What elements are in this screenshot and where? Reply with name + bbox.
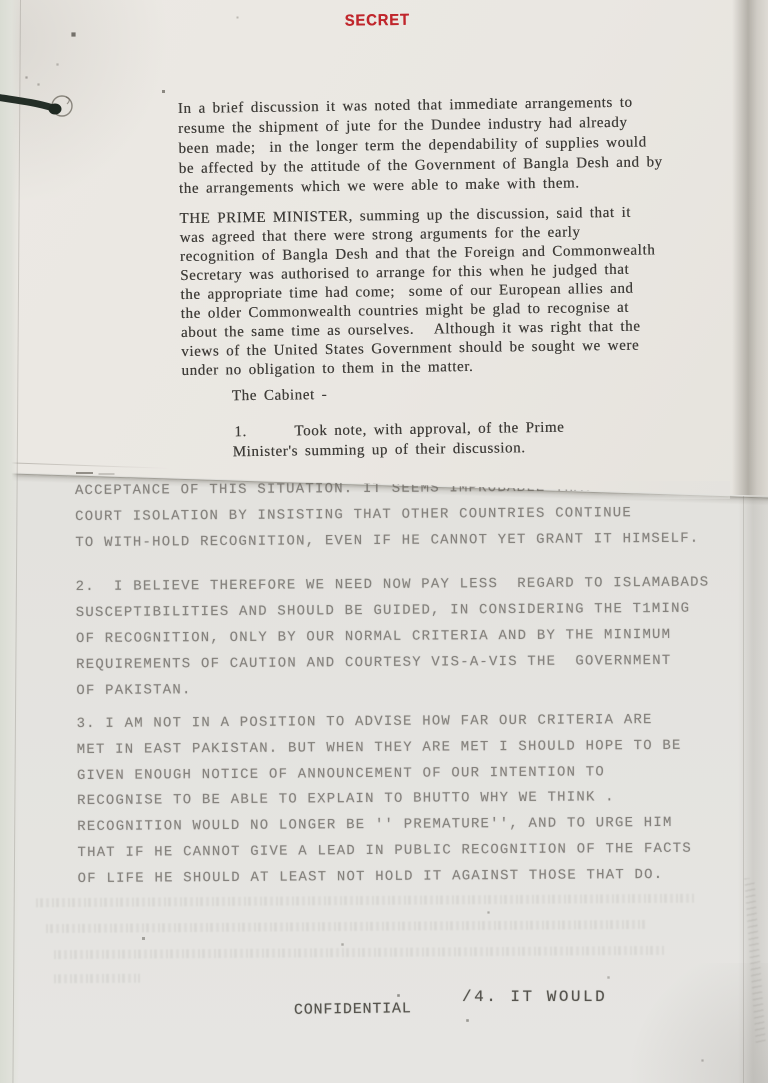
typeset-line: views of the United States Government sh… [181,338,639,361]
typewriter-line: GIVEN ENOUGH NOTICE OF ANNOUNCEMENT OF O… [77,764,605,784]
string [0,97,53,108]
continuation-note: /4. IT WOULD [462,988,607,1006]
document-scan: ACCEPTANCE OF THIS SITUATION. IT SEEMS I… [0,0,768,1083]
typewriter-line: OF PAKISTAN. [76,682,191,699]
typewriter-line: 3. I AM NOT IN A POSITION TO ADVISE HOW … [77,712,653,732]
page-top: SECRET In a brief discussion it was note… [0,0,768,505]
typewriter-line: RECOGNITION WOULD NO LONGER BE '' PREMAT… [77,815,672,835]
punch-hole-scribble [66,97,69,104]
treasury-tag-string [0,80,110,150]
minute-item-line: Minister's summing up of their discussio… [233,440,526,461]
typeset-line: In a brief discussion it was noted that … [178,95,633,118]
cabinet-heading: The Cabinet - [232,387,328,405]
typeset-line: under no obligation to them in the matte… [181,359,473,380]
typewriter-line: COURT ISOLATION BY INSISTING THAT OTHER … [75,505,632,525]
typewriter-line: OF LIFE HE SHOULD AT LEAST NOT HOLD IT A… [78,867,664,887]
minute-item-number: 1. [234,424,247,441]
typeset-line: the arrangements which we were able to m… [179,175,580,198]
typewriter-line: THAT IF HE CANNOT GIVE A LEAD IN PUBLIC … [77,841,692,861]
typewriter-line: SUSCEPTIBILITIES AND SHOULD BE GUIDED, I… [76,601,691,621]
ghost-text-line [54,974,140,984]
classification-stamp: SECRET [345,12,410,31]
paper-specks [0,0,1,1]
corner-shadow [608,963,768,1083]
typewriter-line: 2. I BELIEVE THEREFORE WE NEED NOW PAY L… [76,575,710,595]
footer-classification: CONFIDENTIAL [294,1000,412,1019]
typewriter-line: REQUIREMENTS OF CAUTION AND COURTESY VIS… [76,653,671,673]
typewriter-line: OF RECOGNITION, ONLY BY OUR NORMAL CRITE… [76,627,671,647]
page-top-text: SECRET In a brief discussion it was note… [0,0,768,507]
typewriter-line: TO WITH-HOLD RECOGNITION, EVEN IF HE CAN… [75,531,699,551]
typeset-line: be affected by the attitude of the Gover… [179,154,663,178]
string-knot [49,104,62,115]
typeset-line: resume the shipment of jute for the Dund… [178,115,628,138]
pencil-mark [76,472,93,474]
typewriter-line: RECOGNISE TO BE ABLE TO EXPLAIN TO BHUTT… [77,789,615,809]
typewriter-line: MET IN EAST PAKISTAN. BUT WHEN THEY ARE … [77,738,682,758]
minute-item-line: Took note, with approval, of the Prime [294,420,564,441]
